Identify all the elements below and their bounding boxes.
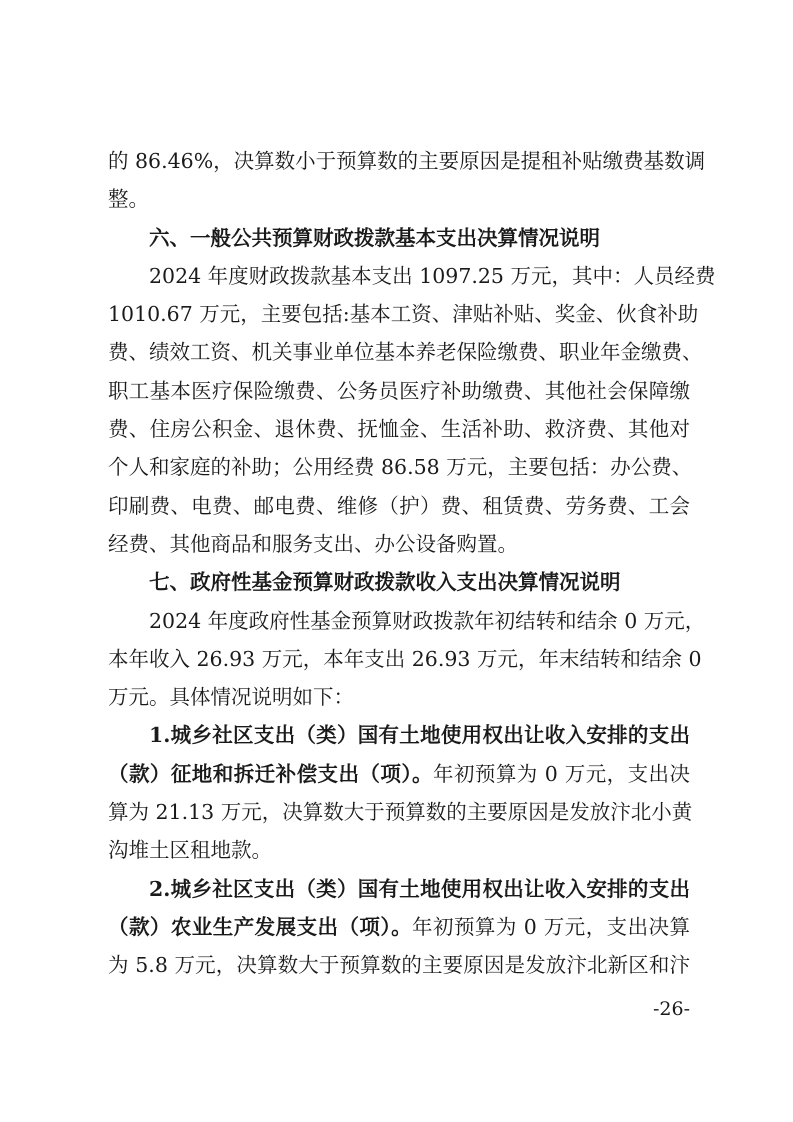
item-title-line: 1.城乡社区支出（类）国有土地使用权出让收入安排的支出 bbox=[108, 716, 690, 754]
text-line: 2024 年度政府性基金预算财政拨款年初结转和结余 0 万元， bbox=[108, 602, 690, 640]
text-line: 费、绩效工资、机关事业单位基本养老保险缴费、职业年金缴费、 bbox=[108, 333, 690, 371]
item-2: 2.城乡社区支出（类）国有土地使用权出让收入安排的支出 （款）农业生产发展支出（… bbox=[108, 870, 690, 985]
text-line: 费、住房公积金、退休费、抚恤金、生活补助、救济费、其他对 bbox=[108, 410, 690, 448]
text-line: 整。 bbox=[108, 180, 690, 218]
text-line: 为 5.8 万元，决算数大于预算数的主要原因是发放汴北新区和汴 bbox=[108, 946, 690, 984]
item-body-start: 年初预算为 0 万元，支出决算 bbox=[412, 915, 690, 939]
section-heading-7: 七、政府性基金预算财政拨款收入支出决算情况说明 bbox=[108, 563, 690, 601]
text-line: 印刷费、电费、邮电费、维修（护）费、租赁费、劳务费、工会 bbox=[108, 487, 690, 525]
item-body-start: 年初预算为 0 万元，支出决 bbox=[433, 762, 690, 786]
paragraph-government-fund: 2024 年度政府性基金预算财政拨款年初结转和结余 0 万元， 本年收入 26.… bbox=[108, 602, 690, 717]
item-title-line: 2.城乡社区支出（类）国有土地使用权出让收入安排的支出 bbox=[108, 870, 690, 908]
document-page: 的 86.46%，决算数小于预算数的主要原因是提租补贴缴费基数调 整。 六、一般… bbox=[108, 142, 690, 985]
item-title-tail: （款）征地和拆迁补偿支出（项）。 bbox=[108, 762, 433, 786]
text-line: 职工基本医疗保险缴费、公务员医疗补助缴费、其他社会保障缴 bbox=[108, 372, 690, 410]
text-line: （款）征地和拆迁补偿支出（项）。年初预算为 0 万元，支出决 bbox=[108, 755, 690, 793]
paragraph-continuation: 的 86.46%，决算数小于预算数的主要原因是提租补贴缴费基数调 整。 bbox=[108, 142, 690, 219]
text-line: 本年收入 26.93 万元，本年支出 26.93 万元，年末结转和结余 0 bbox=[108, 640, 690, 678]
item-1: 1.城乡社区支出（类）国有土地使用权出让收入安排的支出 （款）征地和拆迁补偿支出… bbox=[108, 716, 690, 869]
text-line: 个人和家庭的补助；公用经费 86.58 万元，主要包括：办公费、 bbox=[108, 448, 690, 486]
text-line: 1010.67 万元，主要包括:基本工资、津贴补贴、奖金、伙食补助 bbox=[108, 295, 690, 333]
item-title-tail: （款）农业生产发展支出（项）。 bbox=[108, 915, 412, 939]
text-line: 的 86.46%，决算数小于预算数的主要原因是提租补贴缴费基数调 bbox=[108, 142, 690, 180]
page-number: -26- bbox=[640, 998, 690, 1020]
text-line: 万元。具体情况说明如下： bbox=[108, 678, 690, 716]
paragraph-basic-expenditure: 2024 年度财政拨款基本支出 1097.25 万元，其中：人员经费 1010.… bbox=[108, 257, 690, 563]
text-line: 2024 年度财政拨款基本支出 1097.25 万元，其中：人员经费 bbox=[108, 257, 690, 295]
section-heading-6: 六、一般公共预算财政拨款基本支出决算情况说明 bbox=[108, 219, 690, 257]
text-line: 算为 21.13 万元，决算数大于预算数的主要原因是发放汴北小黄 bbox=[108, 793, 690, 831]
text-line: 沟堆土区租地款。 bbox=[108, 831, 690, 869]
text-line: （款）农业生产发展支出（项）。年初预算为 0 万元，支出决算 bbox=[108, 908, 690, 946]
text-line: 经费、其他商品和服务支出、办公设备购置。 bbox=[108, 525, 690, 563]
